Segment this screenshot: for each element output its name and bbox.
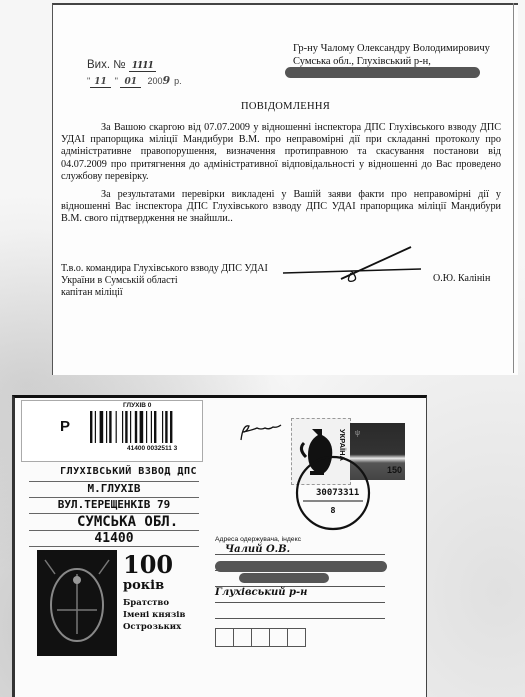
postal-index-box [269, 628, 288, 647]
sender-line: 41400 [29, 531, 199, 547]
date-year-suffix: 9 [163, 74, 171, 87]
sheet-edge [513, 3, 514, 373]
recipient-address: Адреса одержувача, індекс Чалий О.В. Глу… [215, 536, 385, 647]
signatory-region: України в Сумській області [61, 275, 268, 287]
redaction-mark [239, 573, 329, 583]
date-day: 11 [90, 77, 111, 88]
paragraph-result: За результатами перевірки викладені у Ва… [61, 189, 501, 226]
anniversary-line: Острозьких [123, 622, 181, 632]
postmark-number: 8 [331, 506, 336, 515]
addressee-name: Гр-ну Чалому Олександру Володимировичу [293, 42, 490, 55]
signature-scrawl [281, 243, 431, 283]
outgoing-number: Вих. № 1111 [87, 59, 156, 71]
stamp-value: 150 [387, 465, 402, 475]
envelope: P ГЛУХІВ 0 41400 0032511 3 ГЛУХІВСЬКИЙ В… [12, 395, 427, 697]
sender-line: М.ГЛУХІВ [29, 482, 199, 498]
signatory-block: Т.в.о. командира Глухівського взводу ДПС… [61, 263, 268, 300]
barcode-number: 41400 0032511 3 [127, 445, 177, 452]
signatory-position: Т.в.о. командира Глухівського взводу ДПС… [61, 263, 268, 275]
sender-line: ВУЛ.ТЕРЕЩЕНКІВ 79 [29, 498, 199, 514]
recipient-line-blank [215, 603, 385, 619]
recipient-label: Адреса одержувача, індекс [215, 536, 385, 544]
recipient-name: Чалий О.В. [215, 544, 385, 555]
anniversary-number: 100 [123, 553, 173, 577]
sender-signature [237, 418, 289, 444]
anniversary-years: років [123, 578, 164, 593]
registered-label: P ГЛУХІВ 0 41400 0032511 3 [21, 400, 203, 462]
outgoing-label: Вих. № [87, 59, 126, 71]
postal-index-box [215, 628, 234, 647]
trident-icon: ψ [355, 428, 360, 437]
sender-address: ГЛУХІВСЬКИЙ ВЗВОД ДПС М.ГЛУХІВ ВУЛ.ТЕРЕЩ… [29, 466, 199, 547]
date-year-prefix: 200 [147, 76, 162, 86]
postal-index-box [287, 628, 306, 647]
anniversary-line: Імені князів [123, 610, 185, 620]
document-title: ПОВІДОМЛЕННЯ [53, 101, 518, 112]
paragraph-complaint: За Вашою скаргою від 07.07.2009 у віднош… [61, 122, 501, 183]
barcode [90, 411, 197, 443]
redaction-mark [215, 561, 387, 572]
recipient-district: Глухівський р-н [215, 587, 385, 603]
anniversary-line: Братство [123, 598, 169, 608]
signer-name: О.Ю. Калінін [433, 273, 490, 284]
sender-line: ГЛУХІВСЬКИЙ ВЗВОД ДПС [29, 466, 199, 482]
outgoing-number-value: 1111 [129, 61, 156, 72]
postal-index-box [251, 628, 270, 647]
registered-mark: P [60, 418, 70, 435]
signatory-rank: капітан міліції [61, 287, 268, 299]
coat-of-arms-icon [37, 550, 117, 656]
date-year-unit: р. [174, 76, 182, 86]
post-office: ГЛУХІВ 0 [123, 402, 151, 409]
addressee: Гр-ну Чалому Олександру Володимировичу С… [293, 42, 490, 68]
outgoing-date: "11" 01 2009р. [87, 74, 182, 87]
letter-body: За Вашою скаргою від 07.07.2009 у віднош… [61, 122, 501, 232]
sender-line: СУМСЬКА ОБЛ. [29, 514, 199, 531]
postmark-date: 30073311 [316, 488, 359, 498]
date-month: 01 [120, 77, 141, 88]
brotherhood-emblem [37, 550, 117, 656]
redaction-mark [285, 67, 480, 78]
postal-index-boxes [215, 628, 385, 647]
postal-index-box [233, 628, 252, 647]
notification-letter: Вих. № 1111 "11" 01 2009р. Гр-ну Чалому … [52, 3, 518, 375]
